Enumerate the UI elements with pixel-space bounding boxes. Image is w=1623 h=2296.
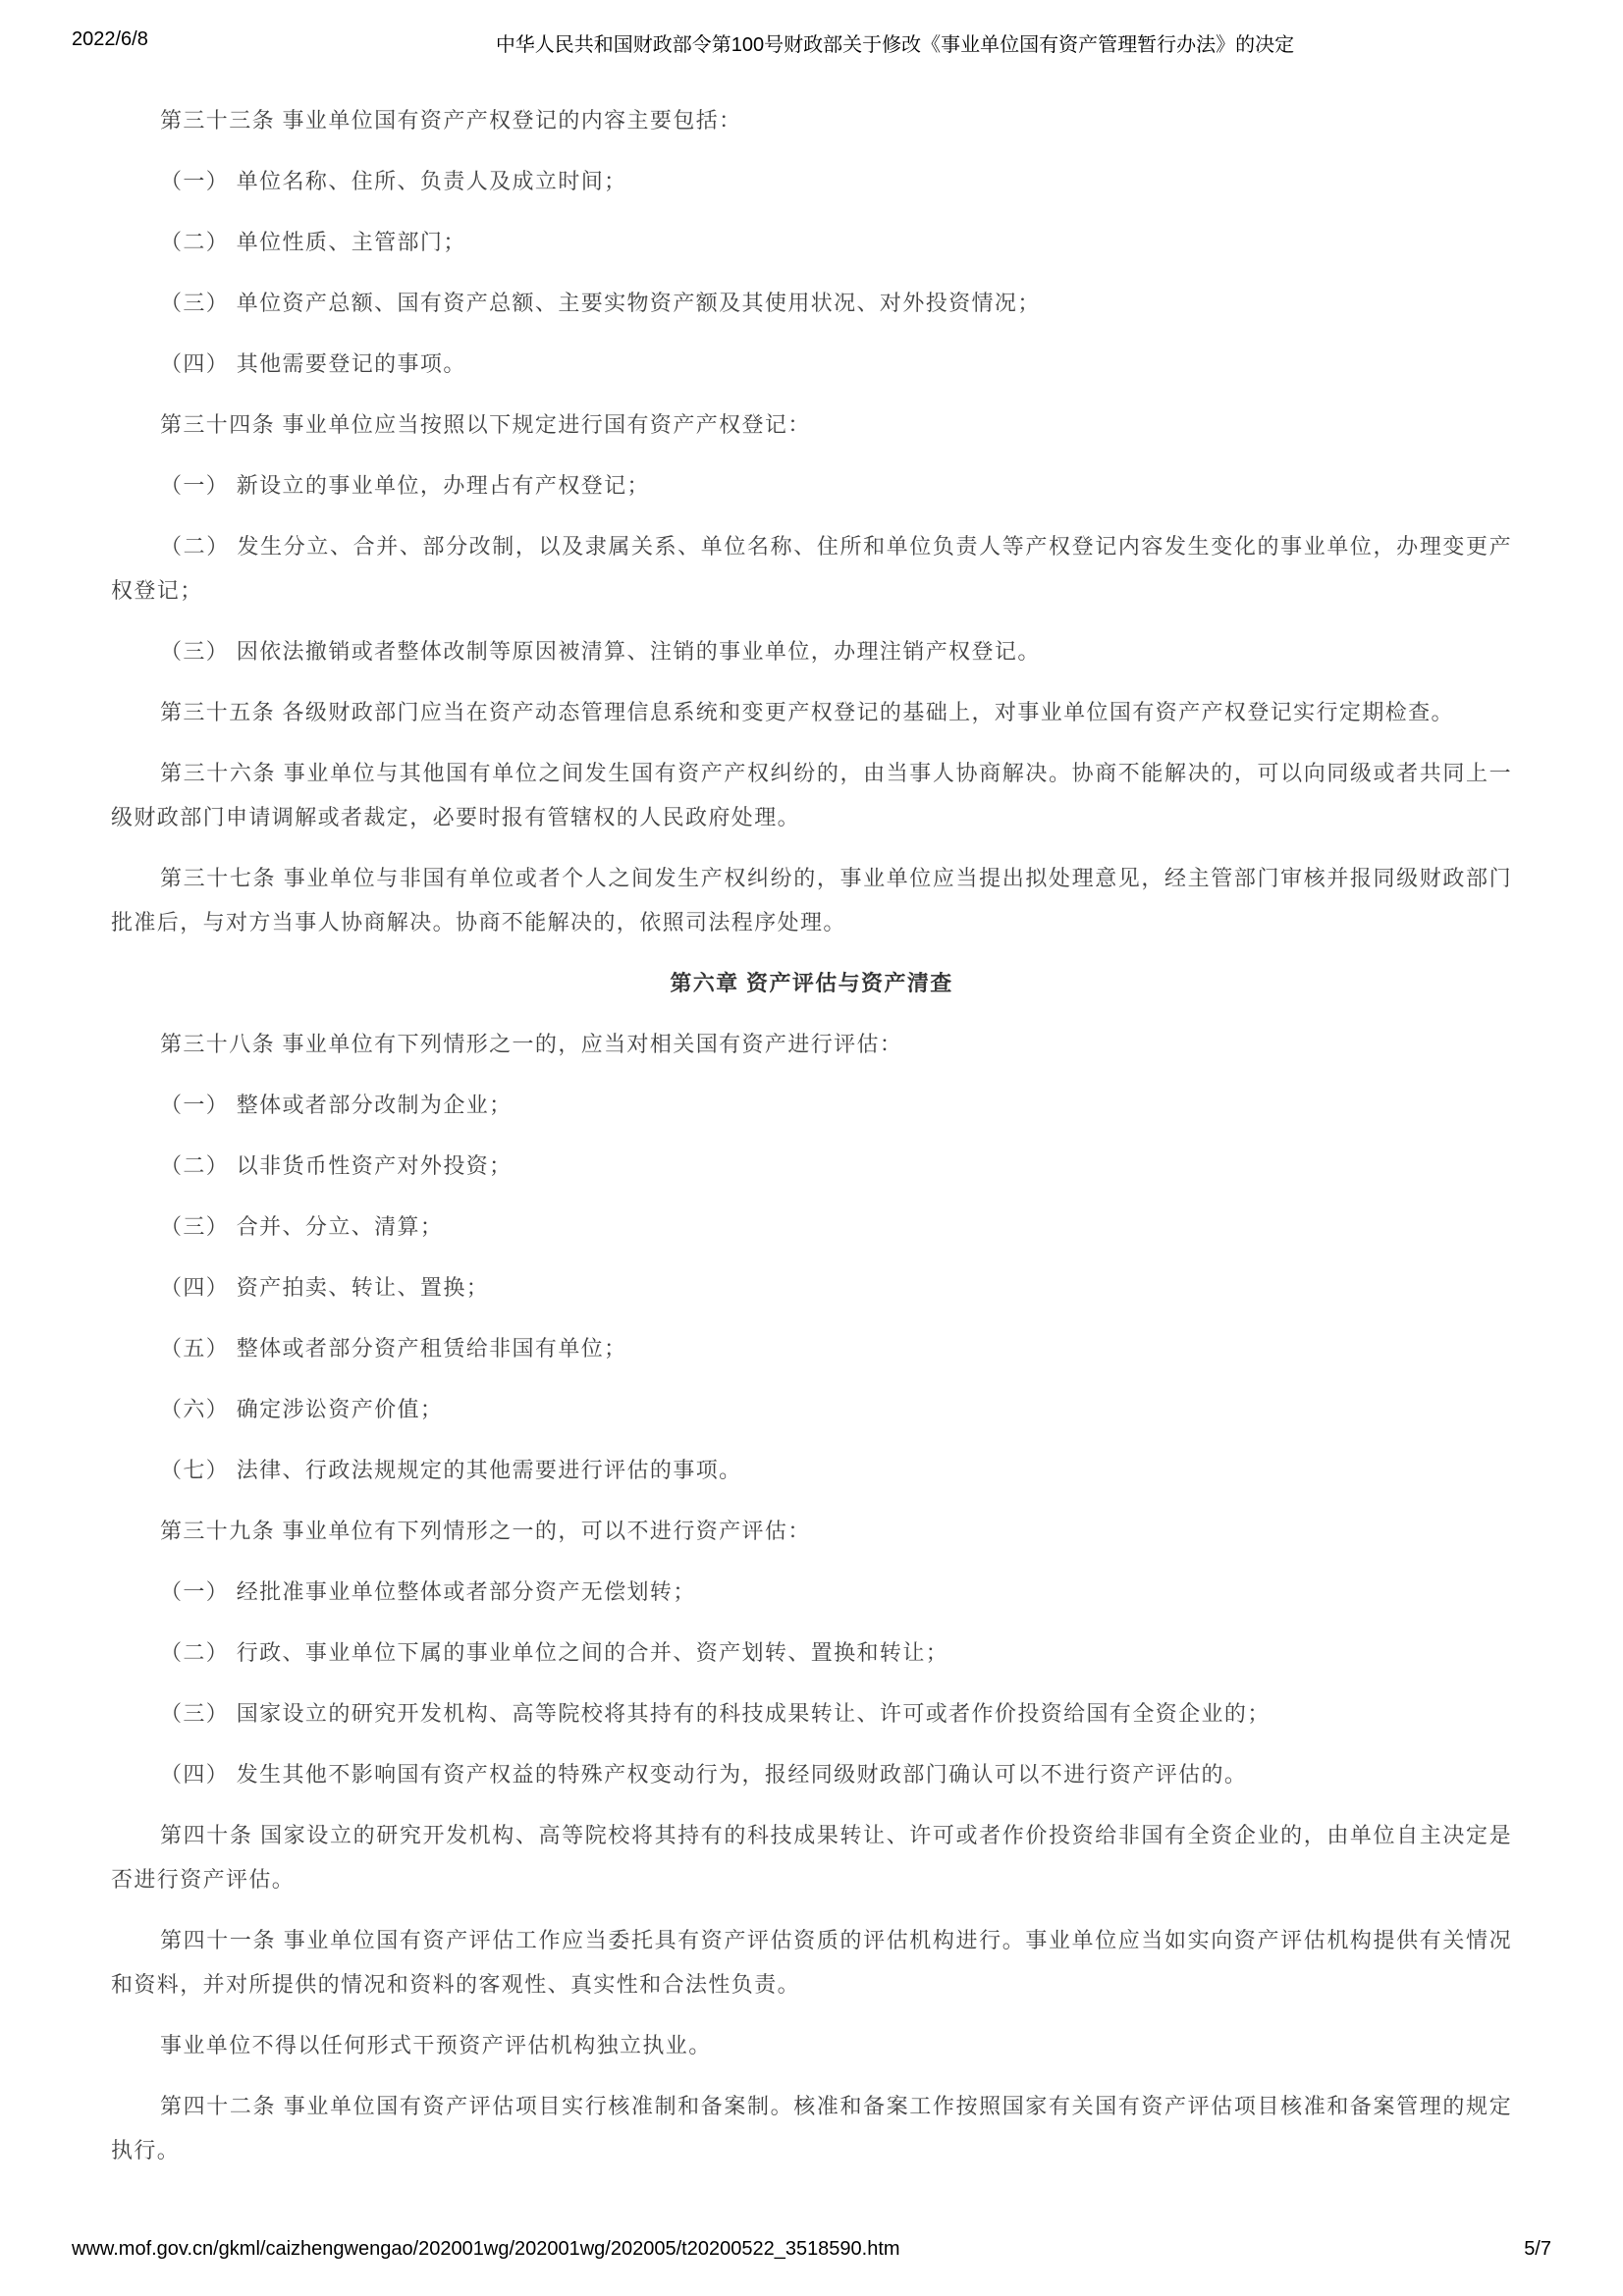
paragraph: （一） 经批准事业单位整体或者部分资产无偿划转；	[111, 1570, 1512, 1614]
paragraph: 第三十三条 事业单位国有资产产权登记的内容主要包括：	[111, 98, 1512, 142]
footer-page-number: 5/7	[1524, 2238, 1551, 2261]
paragraph: （二） 以非货币性资产对外投资；	[111, 1144, 1512, 1188]
paragraph: 第四十二条 事业单位国有资产评估项目实行核准制和备案制。核准和备案工作按照国家有…	[111, 2084, 1512, 2172]
paragraph: 事业单位不得以任何形式干预资产评估机构独立执业。	[111, 2023, 1512, 2067]
paragraph: （五） 整体或者部分资产租赁给非国有单位；	[111, 1326, 1512, 1370]
paragraph: 第三十七条 事业单位与非国有单位或者个人之间发生产权纠纷的，事业单位应当提出拟处…	[111, 856, 1512, 944]
document-body: 第三十三条 事业单位国有资产产权登记的内容主要包括：（一） 单位名称、住所、负责…	[111, 98, 1512, 2189]
header-date: 2022/6/8	[72, 28, 148, 51]
paragraph: （一） 整体或者部分改制为企业；	[111, 1083, 1512, 1127]
paragraph: 第三十四条 事业单位应当按照以下规定进行国有资产产权登记：	[111, 402, 1512, 447]
paragraph: 第四十条 国家设立的研究开发机构、高等院校将其持有的科技成果转让、许可或者作价投…	[111, 1813, 1512, 1901]
paragraph: （四） 其他需要登记的事项。	[111, 342, 1512, 386]
paragraph: 第四十一条 事业单位国有资产评估工作应当委托具有资产评估资质的评估机构进行。事业…	[111, 1918, 1512, 2006]
print-header: 2022/6/8 中华人民共和国财政部令第100号财政部关于修改《事业单位国有资…	[72, 27, 1551, 56]
paragraph: （七） 法律、行政法规规定的其他需要进行评估的事项。	[111, 1448, 1512, 1492]
header-title: 中华人民共和国财政部令第100号财政部关于修改《事业单位国有资产管理暂行办法》的…	[239, 28, 1551, 57]
paragraph: 第三十九条 事业单位有下列情形之一的，可以不进行资产评估：	[111, 1509, 1512, 1553]
paragraph: （四） 发生其他不影响国有资产权益的特殊产权变动行为，报经同级财政部门确认可以不…	[111, 1752, 1512, 1796]
printed-document-page: 2022/6/8 中华人民共和国财政部令第100号财政部关于修改《事业单位国有资…	[0, 0, 1623, 2296]
print-footer: www.mof.gov.cn/gkml/caizhengwengao/20200…	[72, 2238, 1551, 2261]
paragraph: （三） 单位资产总额、国有资产总额、主要实物资产额及其使用状况、对外投资情况；	[111, 281, 1512, 325]
paragraph: （二） 行政、事业单位下属的事业单位之间的合并、资产划转、置换和转让；	[111, 1630, 1512, 1675]
paragraph: （三） 因依法撤销或者整体改制等原因被清算、注销的事业单位，办理注销产权登记。	[111, 629, 1512, 673]
paragraph: （二） 发生分立、合并、部分改制，以及隶属关系、单位名称、住所和单位负责人等产权…	[111, 524, 1512, 613]
paragraph: （三） 国家设立的研究开发机构、高等院校将其持有的科技成果转让、许可或者作价投资…	[111, 1691, 1512, 1735]
chapter-heading: 第六章 资产评估与资产清查	[111, 961, 1512, 1005]
paragraph: （一） 新设立的事业单位，办理占有产权登记；	[111, 463, 1512, 507]
paragraph: （一） 单位名称、住所、负责人及成立时间；	[111, 159, 1512, 203]
paragraph: （二） 单位性质、主管部门；	[111, 220, 1512, 264]
paragraph: （四） 资产拍卖、转让、置换；	[111, 1265, 1512, 1309]
paragraph: 第三十六条 事业单位与其他国有单位之间发生国有资产产权纠纷的，由当事人协商解决。…	[111, 751, 1512, 839]
paragraph: （三） 合并、分立、清算；	[111, 1204, 1512, 1249]
paragraph: 第三十八条 事业单位有下列情形之一的，应当对相关国有资产进行评估：	[111, 1022, 1512, 1066]
paragraph: （六） 确定涉讼资产价值；	[111, 1387, 1512, 1431]
paragraph: 第三十五条 各级财政部门应当在资产动态管理信息系统和变更产权登记的基础上，对事业…	[111, 690, 1512, 734]
footer-url: www.mof.gov.cn/gkml/caizhengwengao/20200…	[72, 2238, 900, 2261]
